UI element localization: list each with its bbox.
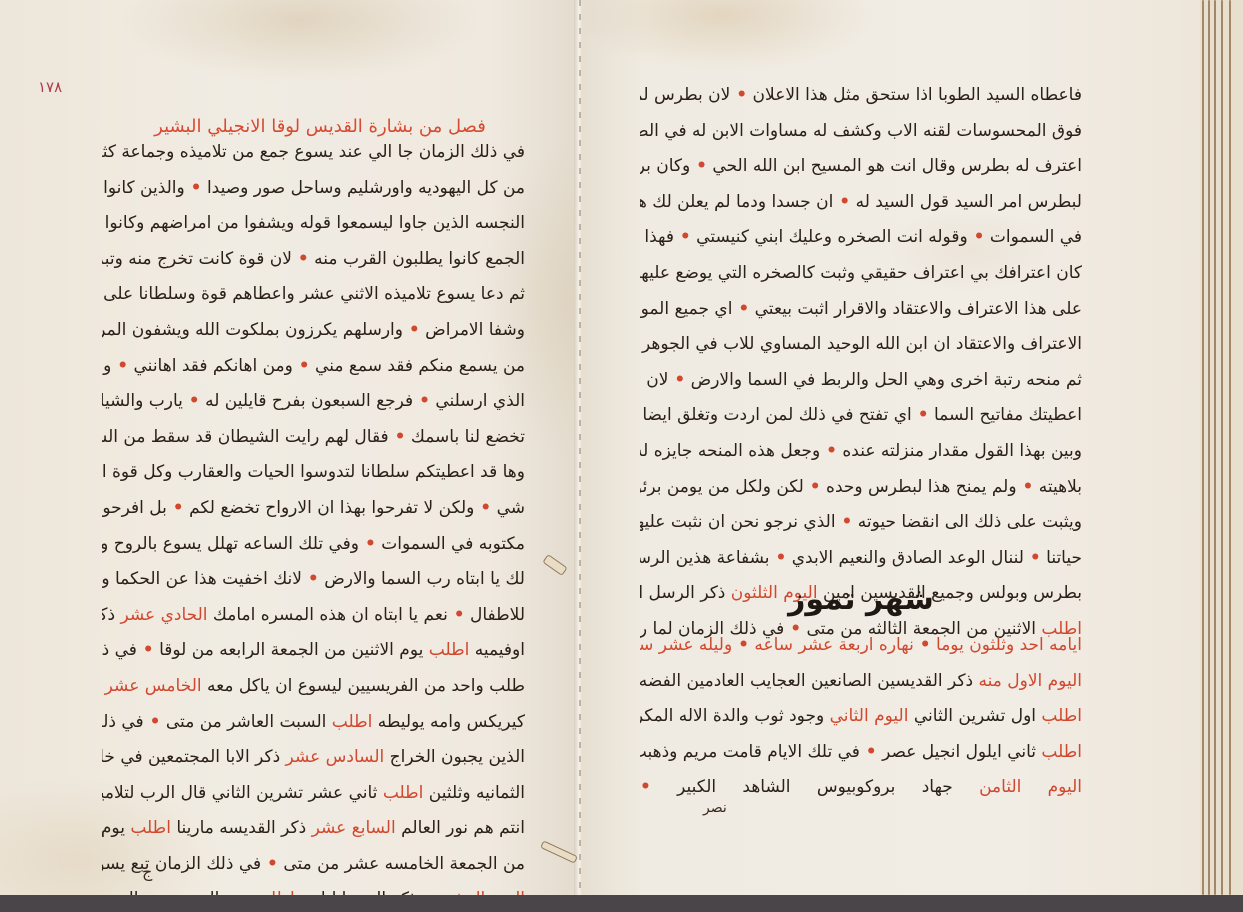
text-segment: اعترف له بطرس وقال انت هو المسيح ابن الل… bbox=[707, 156, 1082, 176]
verse-dot-icon: • bbox=[914, 635, 931, 655]
text-segment: ولكن لا تفرحوا بهذا ان الارواح تخضع لكم bbox=[184, 498, 475, 518]
background-surface bbox=[0, 895, 1243, 912]
text-segment: مكتوبه في السموات bbox=[376, 534, 525, 554]
text-segment: من الجمعة الخامسه عشر من متى bbox=[278, 854, 525, 874]
text-line: تخضع لنا باسمك • فقال لهم رايت الشيطان ق… bbox=[102, 420, 525, 456]
text-line: بلاهيته • ولم يمنح هذا لبطرس وحده • لكن … bbox=[640, 470, 1082, 506]
text-line: اطلب اول تشرين الثاني اليوم الثاني وجود … bbox=[640, 699, 1082, 735]
text-line: في ذلك الزمان جا الي عند يسوع جمع من تلا… bbox=[102, 135, 525, 171]
text-line: الذين يجبون الخراج السادس عشر ذكر الابا … bbox=[102, 740, 525, 776]
verse-dot-icon: • bbox=[403, 320, 420, 340]
text-line: اعطيتك مفاتيح السما • اي تفتح في ذلك لمن… bbox=[640, 398, 1082, 434]
text-line: كيريكس وامه يوليطه اطلب السبت العاشر من … bbox=[102, 705, 525, 741]
text-segment: وبين بهذا القول مقدار منزلته عنده bbox=[837, 441, 1082, 461]
text-segment: وها قد اعطيتكم سلطانا لتدوسوا الحيات وال… bbox=[102, 462, 525, 482]
text-segment: فرجع السبعون بفرح قايلين له bbox=[200, 391, 413, 411]
text-line: وشفا الامراض • وارسلهم يكرزون بملكوت الل… bbox=[102, 313, 525, 349]
verse-dot-icon: • bbox=[668, 370, 685, 390]
text-segment: كان اعترافك بي اعتراف حقيقي وثبت كالصخره… bbox=[640, 263, 1082, 283]
verse-dot-icon: • bbox=[770, 548, 787, 568]
text-segment: وجعل هذه المنحه جايزه له على اعترافه bbox=[640, 441, 820, 461]
verse-dot-icon: • bbox=[474, 498, 491, 518]
text-segment: لكن ولكل من يومن برئوبيته ويحفظ وصاياه bbox=[640, 477, 804, 497]
verse-dot-icon: • bbox=[144, 712, 161, 732]
text-segment: ان جسدا ودما لم يعلن لك هذا لكن ابي الذي bbox=[640, 192, 833, 212]
text-line: مكتوبه في السموات • وفي تلك الساعه تهلل … bbox=[102, 527, 525, 563]
rubric: اطلب bbox=[326, 712, 372, 732]
verse-dot-icon: • bbox=[860, 742, 877, 762]
verse-dot-icon: • bbox=[448, 605, 465, 625]
text-segment: اوفيميه bbox=[469, 640, 525, 660]
rubric: اطلب bbox=[377, 783, 423, 803]
text-line: طلب واحد من الفريسيين ليسوع ان ياكل معه … bbox=[102, 669, 525, 705]
text-segment: لبطرس امر السيد قول السيد له bbox=[850, 192, 1082, 212]
text-segment: بل افرحوا ان اسماكم bbox=[102, 498, 167, 518]
rubric: السادس عشر bbox=[280, 747, 384, 767]
text-segment: لننال الوعد الصادق والنعيم الابدي bbox=[786, 548, 1024, 568]
text-line: انتم هم نور العالم السابع عشر ذكر القديس… bbox=[102, 811, 525, 847]
verse-dot-icon: • bbox=[640, 777, 651, 797]
text-line: ثم منحه رتبة اخرى وهي الحل والربط في الس… bbox=[640, 363, 1082, 399]
text-line: ايامه احد وثلثون يوما • نهاره اربعة عشر … bbox=[640, 628, 1082, 664]
verse-dot-icon: • bbox=[732, 635, 749, 655]
text-segment: فقال لهم رايت الشيطان قد سقط من السما كم… bbox=[102, 427, 389, 447]
rubric: اطلب bbox=[423, 640, 469, 660]
verse-dot-icon: • bbox=[183, 391, 200, 411]
verse-dot-icon: • bbox=[804, 477, 821, 497]
text-segment: والذين كانوا معذبين من الارواح bbox=[102, 178, 185, 198]
section-heading: فصل من بشارة القديس لوقا الانجيلي البشير bbox=[110, 116, 530, 137]
verse-dot-icon: • bbox=[730, 85, 747, 105]
text-segment: ذكر القديسين الصانعين العجايب العادمين ا… bbox=[640, 671, 973, 691]
text-line: اطلب ثاني ايلول انجيل عصر • في تلك الايا… bbox=[640, 735, 1082, 771]
text-segment: لك يا ابتاه رب السما والارض bbox=[319, 569, 525, 589]
text-segment: ذكر القديسه bbox=[102, 605, 115, 625]
text-segment: الجمع كانوا يطلبون القرب منه bbox=[309, 249, 525, 269]
text-segment: اي جميع المومنين بهذا bbox=[640, 299, 732, 319]
text-segment: اي تفتح في ذلك لمن اردت وتغلق ايضا لمن ا… bbox=[640, 405, 912, 425]
text-segment: ذكر القديسه مارينا bbox=[171, 818, 306, 838]
text-segment: في ذلك الزمان جا bbox=[102, 712, 144, 732]
rubric: الخامس عشر bbox=[102, 676, 202, 696]
left-page: ١٧٨ فصل من بشارة القديس لوقا الانجيلي ال… bbox=[0, 0, 578, 897]
text-segment: لان قوة كانت تخرج منه وتبري جميعهم bbox=[102, 249, 292, 269]
text-line: على هذا الاعتراف والاعتقاد والاقرار اثبت… bbox=[640, 292, 1082, 328]
text-line: وها قد اعطيتكم سلطانا لتدوسوا الحيات وال… bbox=[102, 455, 525, 491]
margin-mark: ج bbox=[142, 862, 152, 881]
text-segment: ثاني ايلول انجيل عصر bbox=[877, 742, 1036, 762]
verse-dot-icon: • bbox=[836, 512, 853, 532]
text-line: من كل اليهوديه واورشليم وساحل صور وصيدا … bbox=[102, 171, 525, 207]
verse-dot-icon: • bbox=[1024, 548, 1041, 568]
text-line: من الجمعة الخامسه عشر من متى • في ذلك ال… bbox=[102, 847, 525, 883]
right-page-text: فاعطاه السيد الطوبا اذا ستحق مثل هذا الا… bbox=[640, 78, 1082, 648]
text-segment: وشفا الامراض bbox=[420, 320, 525, 340]
text-line: اوفيميه اطلب يوم الاثنين من الجمعة الراب… bbox=[102, 633, 525, 669]
verse-dot-icon: • bbox=[261, 854, 278, 874]
text-segment: لان بطرس لما رفع عقله bbox=[640, 85, 730, 105]
text-segment: في ذلك الزمان جا الي عند يسوع جمع من تلا… bbox=[102, 142, 525, 162]
text-segment: لان هذا هو معنى قوله bbox=[640, 370, 668, 390]
text-segment: يارب والشياطين ايضا bbox=[102, 391, 183, 411]
text-segment: تخضع لنا باسمك bbox=[405, 427, 525, 447]
text-segment: بلاهيته bbox=[1033, 477, 1082, 497]
rubric: اليوم الثامن bbox=[953, 777, 1082, 797]
verse-dot-icon: • bbox=[167, 498, 184, 518]
text-segment: ذكر الابا المجتمعين في خلكيدونيه bbox=[102, 747, 280, 767]
verse-dot-icon: • bbox=[111, 356, 128, 376]
text-segment: وكان برهان كشف الاب bbox=[640, 156, 690, 176]
verse-dot-icon: • bbox=[690, 156, 707, 176]
folio-number: ١٧٨ bbox=[38, 78, 62, 96]
text-segment: حياتنا bbox=[1041, 548, 1082, 568]
text-segment: في ذلك الزمان تبع يسوع جمع كثير bbox=[102, 854, 261, 874]
verse-dot-icon: • bbox=[732, 299, 749, 319]
month-heading: شهر تموز bbox=[640, 582, 1082, 617]
text-segment: بشفاعة هذين الرسولين bbox=[640, 548, 770, 568]
rubric: اطلب bbox=[1036, 742, 1082, 762]
text-segment: الذي نرجو نحن ان نثبت عليها الى انقضا bbox=[640, 512, 836, 532]
verse-dot-icon: • bbox=[292, 249, 309, 269]
left-page-text: في ذلك الزمان جا الي عند يسوع جمع من تلا… bbox=[102, 135, 525, 912]
verse-dot-icon: • bbox=[968, 227, 985, 247]
text-segment: اول تشرين الثاني bbox=[908, 706, 1036, 726]
verse-dot-icon: • bbox=[293, 356, 310, 376]
text-line: وبين بهذا القول مقدار منزلته عنده • وجعل… bbox=[640, 434, 1082, 470]
rubric: وليله عشر ساعات bbox=[640, 635, 732, 655]
text-line: شي • ولكن لا تفرحوا بهذا ان الارواح تخضع… bbox=[102, 491, 525, 527]
text-line: لبطرس امر السيد قول السيد له • ان جسدا و… bbox=[640, 185, 1082, 221]
verse-dot-icon: • bbox=[389, 427, 406, 447]
text-segment: فاعطاه السيد الطوبا اذا ستحق مثل هذا الا… bbox=[747, 85, 1082, 105]
text-line: الجمع كانوا يطلبون القرب منه • لان قوة ك… bbox=[102, 242, 525, 278]
text-line: لك يا ابتاه رب السما والارض • لانك اخفيت… bbox=[102, 562, 525, 598]
text-segment: السبت العاشر من متى bbox=[160, 712, 326, 732]
text-segment: وجود ثوب والدة الاله المكرم bbox=[640, 706, 824, 726]
rubric: ايامه احد وثلثون يوما bbox=[931, 635, 1082, 655]
text-segment: ولم يمنح هذا لبطرس وحده bbox=[821, 477, 1017, 497]
text-segment: شي bbox=[491, 498, 525, 518]
verse-dot-icon: • bbox=[674, 227, 691, 247]
rubric: الحادي عشر bbox=[115, 605, 207, 625]
catchword: نصر bbox=[703, 800, 727, 816]
text-segment: في السموات bbox=[984, 227, 1082, 247]
rubric: نهاره اربعة عشر ساعه bbox=[749, 635, 914, 655]
verse-dot-icon: • bbox=[912, 405, 929, 425]
text-segment: ومن اهانكم فقد اهانني bbox=[128, 356, 293, 376]
text-segment: فهذا معناه bbox=[640, 227, 674, 247]
verse-dot-icon: • bbox=[1017, 477, 1034, 497]
text-line: فاعطاه السيد الطوبا اذا ستحق مثل هذا الا… bbox=[640, 78, 1082, 114]
verse-dot-icon: • bbox=[413, 391, 430, 411]
right-page: فاعطاه السيد الطوبا اذا ستحق مثل هذا الا… bbox=[582, 0, 1202, 897]
manuscript-spread: ١٧٨ فصل من بشارة القديس لوقا الانجيلي ال… bbox=[0, 0, 1243, 897]
text-line: النجسه الذين جاوا ليسمعوا قوله ويشفوا من… bbox=[102, 206, 525, 242]
text-segment: الذي ارسلني bbox=[430, 391, 525, 411]
text-segment: الذين يجبون الخراج bbox=[384, 747, 525, 767]
text-line: حياتنا • لننال الوعد الصادق والنعيم الاب… bbox=[640, 541, 1082, 577]
verse-dot-icon: • bbox=[137, 640, 154, 660]
text-segment: نعم يا ابتاه ان هذه المسره امامك bbox=[208, 605, 448, 625]
text-segment: من يسمع منكم فقد سمع مني bbox=[310, 356, 525, 376]
text-line: ويثبت على ذلك الى انقضا حيوته • الذي نرج… bbox=[640, 505, 1082, 541]
text-segment: في تلك الايام قامت مريم وذهبت مسرعه bbox=[640, 742, 860, 762]
text-segment: ومن اهانني فقد اهان bbox=[102, 356, 111, 376]
text-line: الذي ارسلني • فرجع السبعون بفرح قايلين ل… bbox=[102, 384, 525, 420]
text-segment: للاطفال bbox=[465, 605, 525, 625]
text-segment: قال الرب لتلاميذه bbox=[102, 783, 206, 803]
text-segment: وارسلهم يكرزون بملكوت الله ويشفون المرضى bbox=[102, 320, 403, 340]
text-segment: انتم هم نور العالم bbox=[396, 818, 525, 838]
text-segment: طلب واحد من الفريسيين ليسوع ان ياكل معه bbox=[202, 676, 525, 696]
text-segment: لانك اخفيت هذا عن الحكما والفهما واظهرته bbox=[102, 569, 302, 589]
verse-dot-icon: • bbox=[359, 534, 376, 554]
text-segment: ويثبت على ذلك الى انقضا حيوته bbox=[852, 512, 1082, 532]
text-line: كان اعترافك بي اعتراف حقيقي وثبت كالصخره… bbox=[640, 256, 1082, 292]
text-segment: الاعتراف والاعتقاد ان ابن الله الوحيد ال… bbox=[640, 334, 1082, 354]
text-line: ثم دعا يسوع تلاميذه الاثني عشر واعطاهم ق… bbox=[102, 277, 525, 313]
rubric: اطلب bbox=[1036, 706, 1082, 726]
text-segment: الثمانيه وثلثين bbox=[423, 783, 525, 803]
text-line: الثمانيه وثلثين اطلب ثاني عشر تشرين الثا… bbox=[102, 776, 525, 812]
month-entries-text: ايامه احد وثلثون يوما • نهاره اربعة عشر … bbox=[640, 628, 1082, 806]
text-segment: وقوله انت الصخره وعليك ابني كنيستي bbox=[691, 227, 968, 247]
text-line: في السموات • وقوله انت الصخره وعليك ابني… bbox=[640, 220, 1082, 256]
text-segment: وفي تلك الساعه تهلل يسوع بالروح وقال bbox=[102, 534, 359, 554]
text-segment: كيريكس وامه يوليطه bbox=[372, 712, 525, 732]
rubric: اليوم الثاني bbox=[824, 706, 908, 726]
page-edges bbox=[1200, 0, 1243, 897]
text-segment: اعطيتك مفاتيح السما bbox=[929, 405, 1082, 425]
text-line: الاعتراف والاعتقاد ان ابن الله الوحيد ال… bbox=[640, 327, 1082, 363]
text-line: اعترف له بطرس وقال انت هو المسيح ابن الل… bbox=[640, 149, 1082, 185]
verse-dot-icon: • bbox=[833, 192, 850, 212]
rubric: السابع عشر bbox=[306, 818, 396, 838]
text-line: اليوم الاول منه ذكر القديسين الصانعين ال… bbox=[640, 664, 1082, 700]
text-segment: يوم الاثنين من الجمعة الرابعه من لوقا bbox=[154, 640, 424, 660]
text-segment: من كل اليهوديه واورشليم وساحل صور وصيدا bbox=[202, 178, 525, 198]
text-segment: في ذلك الزمان bbox=[102, 640, 137, 660]
text-line: فوق المحسوسات لقنه الاب وكشف له مساوات ا… bbox=[640, 114, 1082, 150]
verse-dot-icon: • bbox=[185, 178, 202, 198]
rubric: اطلب bbox=[125, 818, 171, 838]
text-segment: جهاد بروكوبيوس الشاهد الكبير bbox=[651, 777, 953, 797]
verse-dot-icon: • bbox=[302, 569, 319, 589]
text-line: من يسمع منكم فقد سمع مني • ومن اهانكم فق… bbox=[102, 349, 525, 385]
text-segment: النجسه الذين جاوا ليسمعوا قوله ويشفوا من… bbox=[102, 213, 525, 233]
text-segment: يوم الاثنين bbox=[102, 818, 125, 838]
verse-dot-icon: • bbox=[820, 441, 837, 461]
text-line: للاطفال • نعم يا ابتاه ان هذه المسره اما… bbox=[102, 598, 525, 634]
text-segment: ثم دعا يسوع تلاميذه الاثني عشر واعطاهم ق… bbox=[102, 284, 525, 304]
text-segment: ثاني عشر تشرين الثاني bbox=[206, 783, 377, 803]
sewing-thread bbox=[579, 0, 581, 897]
text-segment: ثم منحه رتبة اخرى وهي الحل والربط في الس… bbox=[685, 370, 1082, 390]
text-segment: على هذا الاعتراف والاعتقاد والاقرار اثبت… bbox=[749, 299, 1082, 319]
rubric: اليوم الاول منه bbox=[973, 671, 1082, 691]
text-segment: فوق المحسوسات لقنه الاب وكشف له مساوات ا… bbox=[640, 121, 1082, 141]
